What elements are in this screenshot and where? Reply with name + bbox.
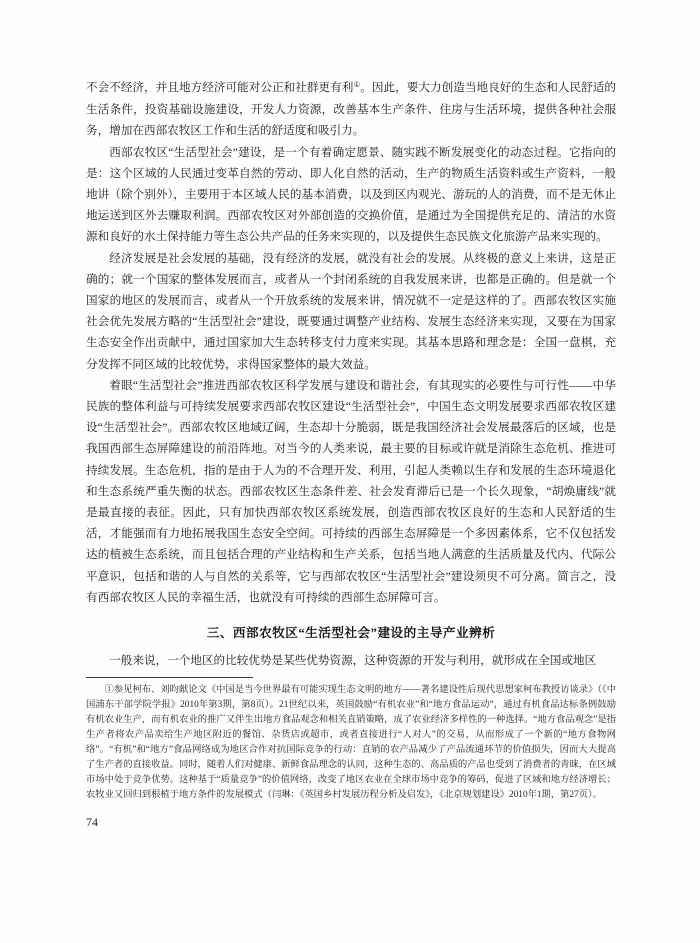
footnote-reference-marker: ① xyxy=(353,80,360,89)
paragraph: 一般来说，一个地区的比较优势是某些优势资源，这种资源的开发与利用，就形成在全国或… xyxy=(86,650,616,671)
document-page: 不会不经济，并且地方经济可能对公正和社群更有利①。因此，要大力创造当地良好的生态… xyxy=(0,0,700,943)
paragraph: 西部农牧区“生活型社会”建设，是一个有着确定愿景、随实践不断发展变化的动态过程。… xyxy=(86,142,616,248)
page-number: 74 xyxy=(86,815,616,830)
paragraph: 着眼“生活型社会”推进西部农牧区科学发展与建设和谐社会，有其现实的必要性与可行性… xyxy=(86,375,616,608)
footnote-separator-rule xyxy=(86,677,253,678)
paragraph-continuation: 不会不经济，并且地方经济可能对公正和社群更有利①。因此，要大力创造当地良好的生态… xyxy=(86,77,616,142)
section-heading: 三、西部农牧区“生活型社会”建设的主导产业辨析 xyxy=(86,622,616,641)
footnote-text: ①参见柯布、刘昀献论文《中国是当今世界最有可能实现生态文明的地方——著名建设性后… xyxy=(86,683,616,803)
footnote-area: ①参见柯布、刘昀献论文《中国是当今世界最有可能实现生态文明的地方——著名建设性后… xyxy=(86,677,616,803)
paragraph: 经济发展是社会发展的基础，没有经济的发展，就没有社会的发展。从终极的意义上来讲，… xyxy=(86,248,616,375)
main-text-block: 不会不经济，并且地方经济可能对公正和社群更有利①。因此，要大力创造当地良好的生态… xyxy=(86,77,616,671)
paragraph-text-segment: 不会不经济，并且地方经济可能对公正和社群更有利 xyxy=(86,81,353,94)
